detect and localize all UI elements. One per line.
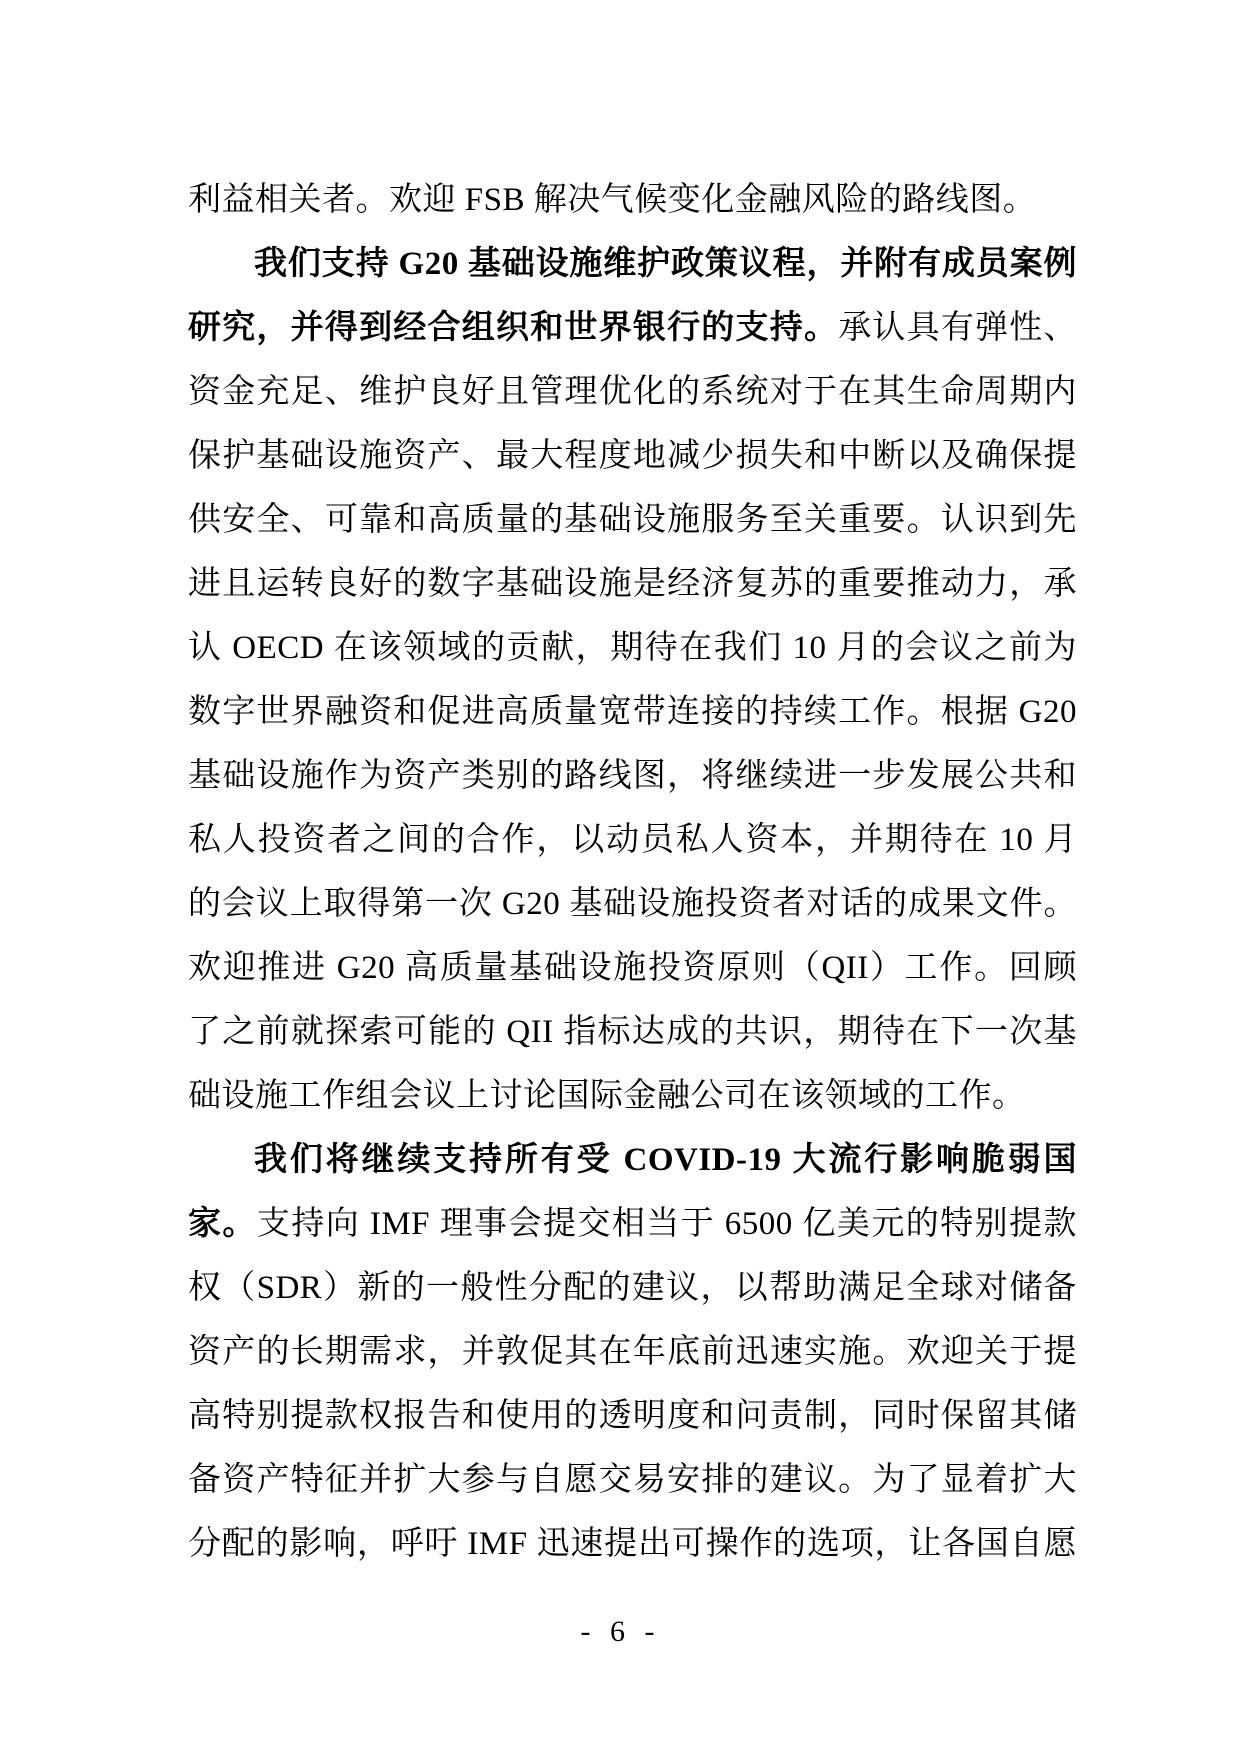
text-line: 数字世界融资和促进高质量宽带连接的持续工作。根据 G20 [188, 680, 1077, 744]
text-line: 高特别提款权报告和使用的透明度和问责制，同时保留其储 [188, 1384, 1077, 1448]
text-line: 的会议上取得第一次 G20 基础设施投资者对话的成果文件。 [188, 872, 1077, 936]
bold-text-segment: 我们将继续支持所有受 COVID-19 大流行影响脆弱国 [254, 1142, 1077, 1178]
text-segment: 进且运转良好的数字基础设施是经济复苏的重要推动力，承 [188, 566, 1077, 602]
text-line: 研究，并得到经合组织和世界银行的支持。承认具有弹性、 [188, 296, 1077, 360]
text-segment: 认 OECD 在该领域的贡献，期待在我们 10 月的会议之前为 [188, 630, 1077, 666]
bold-text-segment: 家。 [188, 1206, 257, 1242]
text-line: 供安全、可靠和高质量的基础设施服务至关重要。认识到先 [188, 488, 1077, 552]
text-segment: 分配的影响，呼吁 IMF 迅速提出可操作的选项，让各国自愿 [188, 1526, 1077, 1562]
text-segment: 供安全、可靠和高质量的基础设施服务至关重要。认识到先 [188, 502, 1077, 538]
text-segment: 保护基础设施资产、最大程度地减少损失和中断以及确保提 [188, 438, 1077, 474]
text-segment: 高特别提款权报告和使用的透明度和问责制，同时保留其储 [188, 1398, 1077, 1434]
bold-text-segment: 研究，并得到经合组织和世界银行的支持。 [188, 310, 838, 346]
text-line: 分配的影响，呼吁 IMF 迅速提出可操作的选项，让各国自愿 [188, 1512, 1077, 1576]
text-segment: 础设施工作组会议上讨论国际金融公司在该领域的工作。 [188, 1078, 1026, 1114]
bold-text-segment: 我们支持 G20 基础设施维护政策议程，并附有成员案例 [254, 246, 1077, 282]
text-segment: 资产的长期需求，并敦促其在年底前迅速实施。欢迎关于提 [188, 1334, 1077, 1370]
text-line: 了之前就探索可能的 QII 指标达成的共识，期待在下一次基 [188, 1000, 1077, 1064]
text-segment: 欢迎推进 G20 高质量基础设施投资原则（QII）工作。回顾 [188, 950, 1077, 986]
text-line: 基础设施作为资产类别的路线图，将继续进一步发展公共和 [188, 744, 1077, 808]
text-segment: 基础设施作为资产类别的路线图，将继续进一步发展公共和 [188, 758, 1077, 794]
text-segment: 资金充足、维护良好且管理优化的系统对于在其生命周期内 [188, 374, 1077, 410]
text-segment: 数字世界融资和促进高质量宽带连接的持续工作。根据 G20 [188, 694, 1077, 730]
text-line: 备资产特征并扩大参与自愿交易安排的建议。为了显着扩大 [188, 1448, 1077, 1512]
text-line: 认 OECD 在该领域的贡献，期待在我们 10 月的会议之前为 [188, 616, 1077, 680]
text-segment: 的会议上取得第一次 G20 基础设施投资者对话的成果文件。 [188, 886, 1077, 922]
text-line: 我们支持 G20 基础设施维护政策议程，并附有成员案例 [188, 232, 1077, 296]
text-segment: 支持向 IMF 理事会提交相当于 6500 亿美元的特别提款 [257, 1206, 1077, 1242]
text-line: 保护基础设施资产、最大程度地减少损失和中断以及确保提 [188, 424, 1077, 488]
text-line: 资产的长期需求，并敦促其在年底前迅速实施。欢迎关于提 [188, 1320, 1077, 1384]
text-line: 欢迎推进 G20 高质量基础设施投资原则（QII）工作。回顾 [188, 936, 1077, 1000]
text-segment: 利益相关者。欢迎 FSB 解决气候变化金融风险的路线图。 [188, 182, 1036, 218]
text-line: 家。支持向 IMF 理事会提交相当于 6500 亿美元的特别提款 [188, 1192, 1077, 1256]
text-line: 础设施工作组会议上讨论国际金融公司在该领域的工作。 [188, 1064, 1077, 1128]
text-segment: 权（SDR）新的一般性分配的建议，以帮助满足全球对储备 [188, 1270, 1077, 1306]
text-line: 私人投资者之间的合作，以动员私人资本，并期待在 10 月 [188, 808, 1077, 872]
text-segment: 私人投资者之间的合作，以动员私人资本，并期待在 10 月 [188, 822, 1077, 858]
text-line: 利益相关者。欢迎 FSB 解决气候变化金融风险的路线图。 [188, 168, 1077, 232]
page-footer: - 6 - [0, 1612, 1241, 1652]
text-segment: 备资产特征并扩大参与自愿交易安排的建议。为了显着扩大 [188, 1462, 1077, 1498]
text-line: 进且运转良好的数字基础设施是经济复苏的重要推动力，承 [188, 552, 1077, 616]
text-line: 我们将继续支持所有受 COVID-19 大流行影响脆弱国 [188, 1128, 1077, 1192]
document-text-block: 利益相关者。欢迎 FSB 解决气候变化金融风险的路线图。我们支持 G20 基础设… [188, 168, 1077, 1576]
page-number: - 6 - [581, 1615, 661, 1648]
text-segment: 了之前就探索可能的 QII 指标达成的共识，期待在下一次基 [188, 1014, 1077, 1050]
text-segment: 承认具有弹性、 [838, 310, 1077, 346]
text-line: 资金充足、维护良好且管理优化的系统对于在其生命周期内 [188, 360, 1077, 424]
text-line: 权（SDR）新的一般性分配的建议，以帮助满足全球对储备 [188, 1256, 1077, 1320]
document-page: 利益相关者。欢迎 FSB 解决气候变化金融风险的路线图。我们支持 G20 基础设… [0, 0, 1241, 1754]
